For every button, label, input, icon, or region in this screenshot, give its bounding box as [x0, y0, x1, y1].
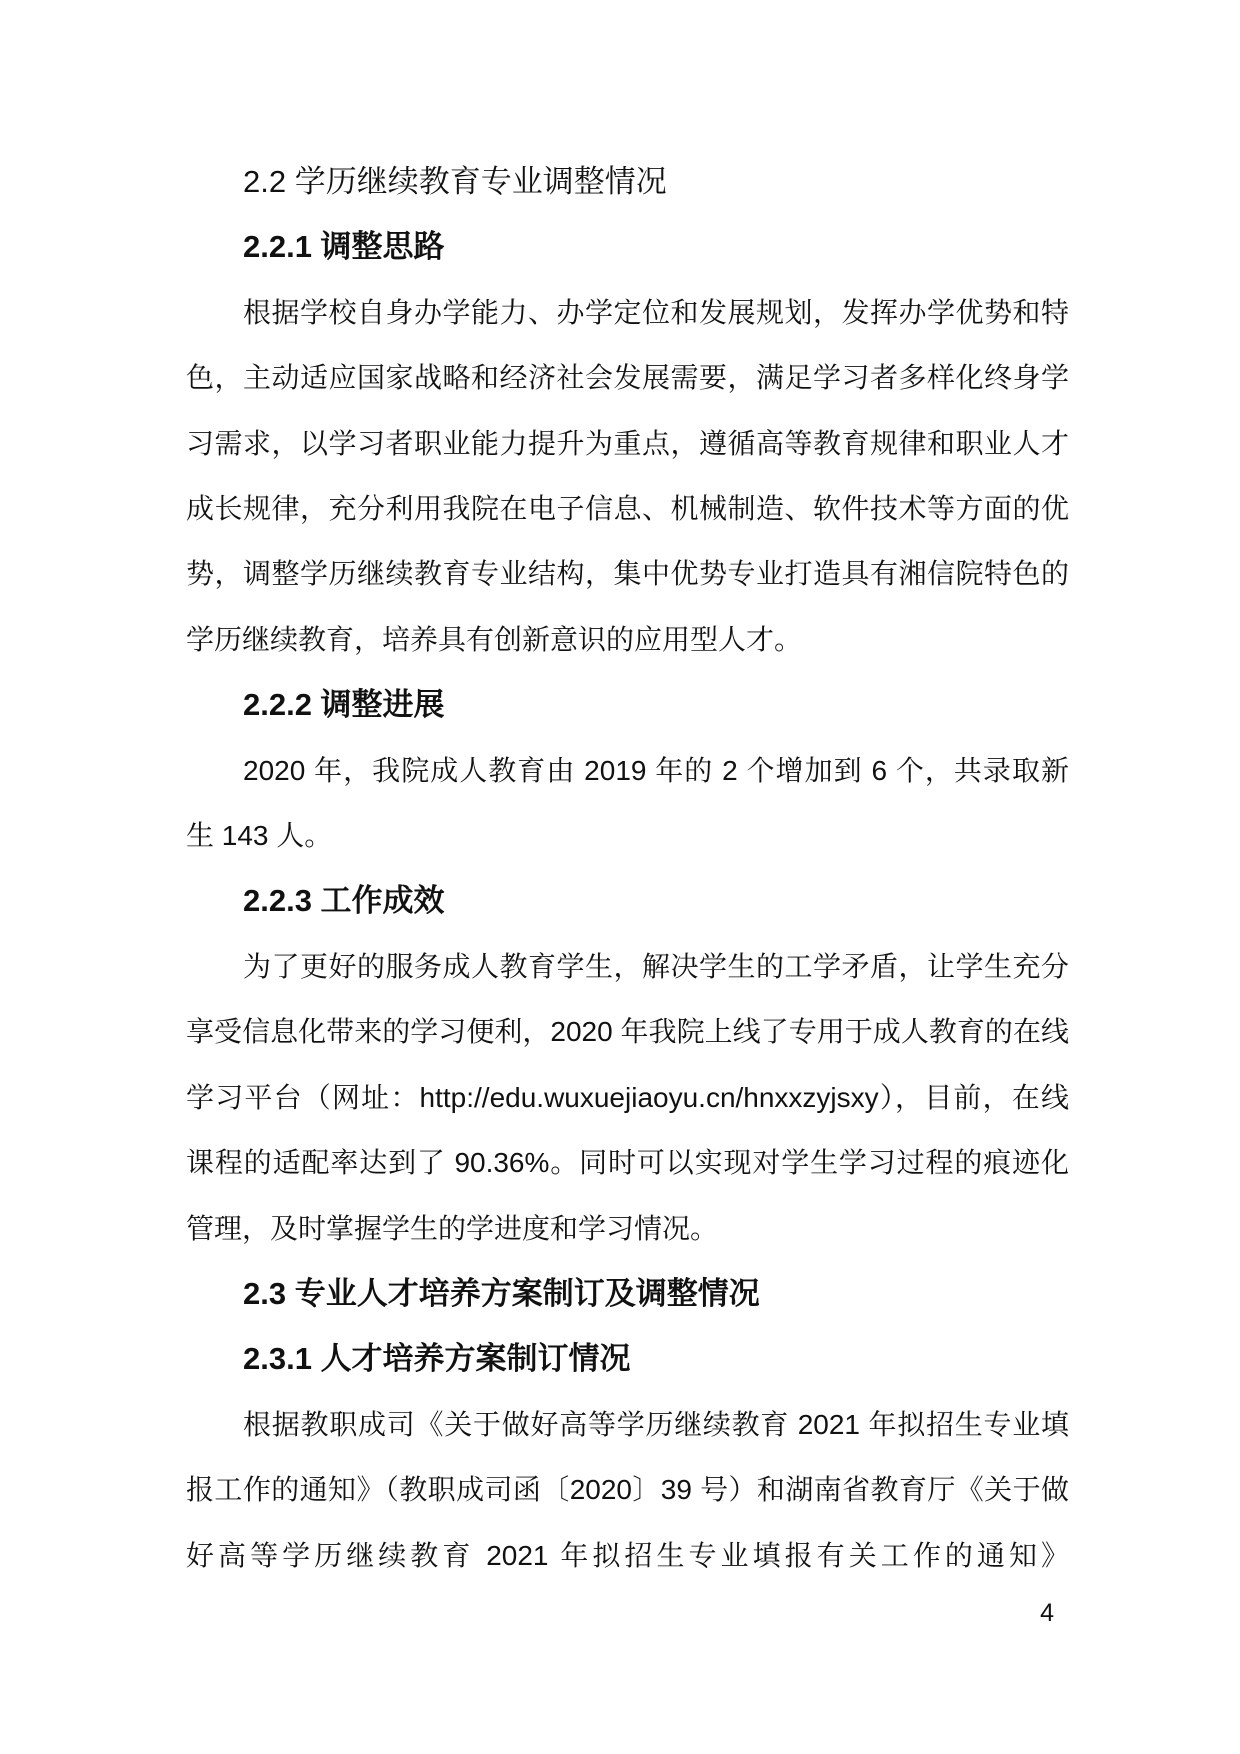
paragraph-adjustment-progress: 2020 年，我院成人教育由 2019 年的 2 个增加到 6 个，共录取新生 …	[186, 738, 1069, 869]
subsection-heading-2-2-1: 2.2.1 调整思路	[186, 214, 1069, 279]
section-heading-2-3: 2.3 专业人才培养方案制订及调整情况	[186, 1261, 1069, 1326]
page-number: 4	[1040, 1598, 1054, 1628]
document-page: 2.2 学历继续教育专业调整情况 2.2.1 调整思路 根据学校自身办学能力、办…	[0, 0, 1240, 1754]
subsection-heading-2-2-2: 2.2.2 调整进展	[186, 672, 1069, 737]
paragraph-adjustment-approach: 根据学校自身办学能力、办学定位和发展规划，发挥办学优势和特色，主动适应国家战略和…	[186, 280, 1069, 672]
paragraph-training-plan: 根据教职成司《关于做好高等学历继续教育 2021 年拟招生专业填报工作的通知》（…	[186, 1392, 1069, 1588]
page-content: 2.2 学历继续教育专业调整情况 2.2.1 调整思路 根据学校自身办学能力、办…	[186, 149, 1069, 1588]
subsection-heading-2-3-1: 2.3.1 人才培养方案制订情况	[186, 1326, 1069, 1391]
section-heading-2-2: 2.2 学历继续教育专业调整情况	[186, 149, 1069, 214]
subsection-heading-2-2-3: 2.2.3 工作成效	[186, 868, 1069, 933]
paragraph-work-results: 为了更好的服务成人教育学生，解决学生的工学矛盾，让学生充分享受信息化带来的学习便…	[186, 934, 1069, 1261]
